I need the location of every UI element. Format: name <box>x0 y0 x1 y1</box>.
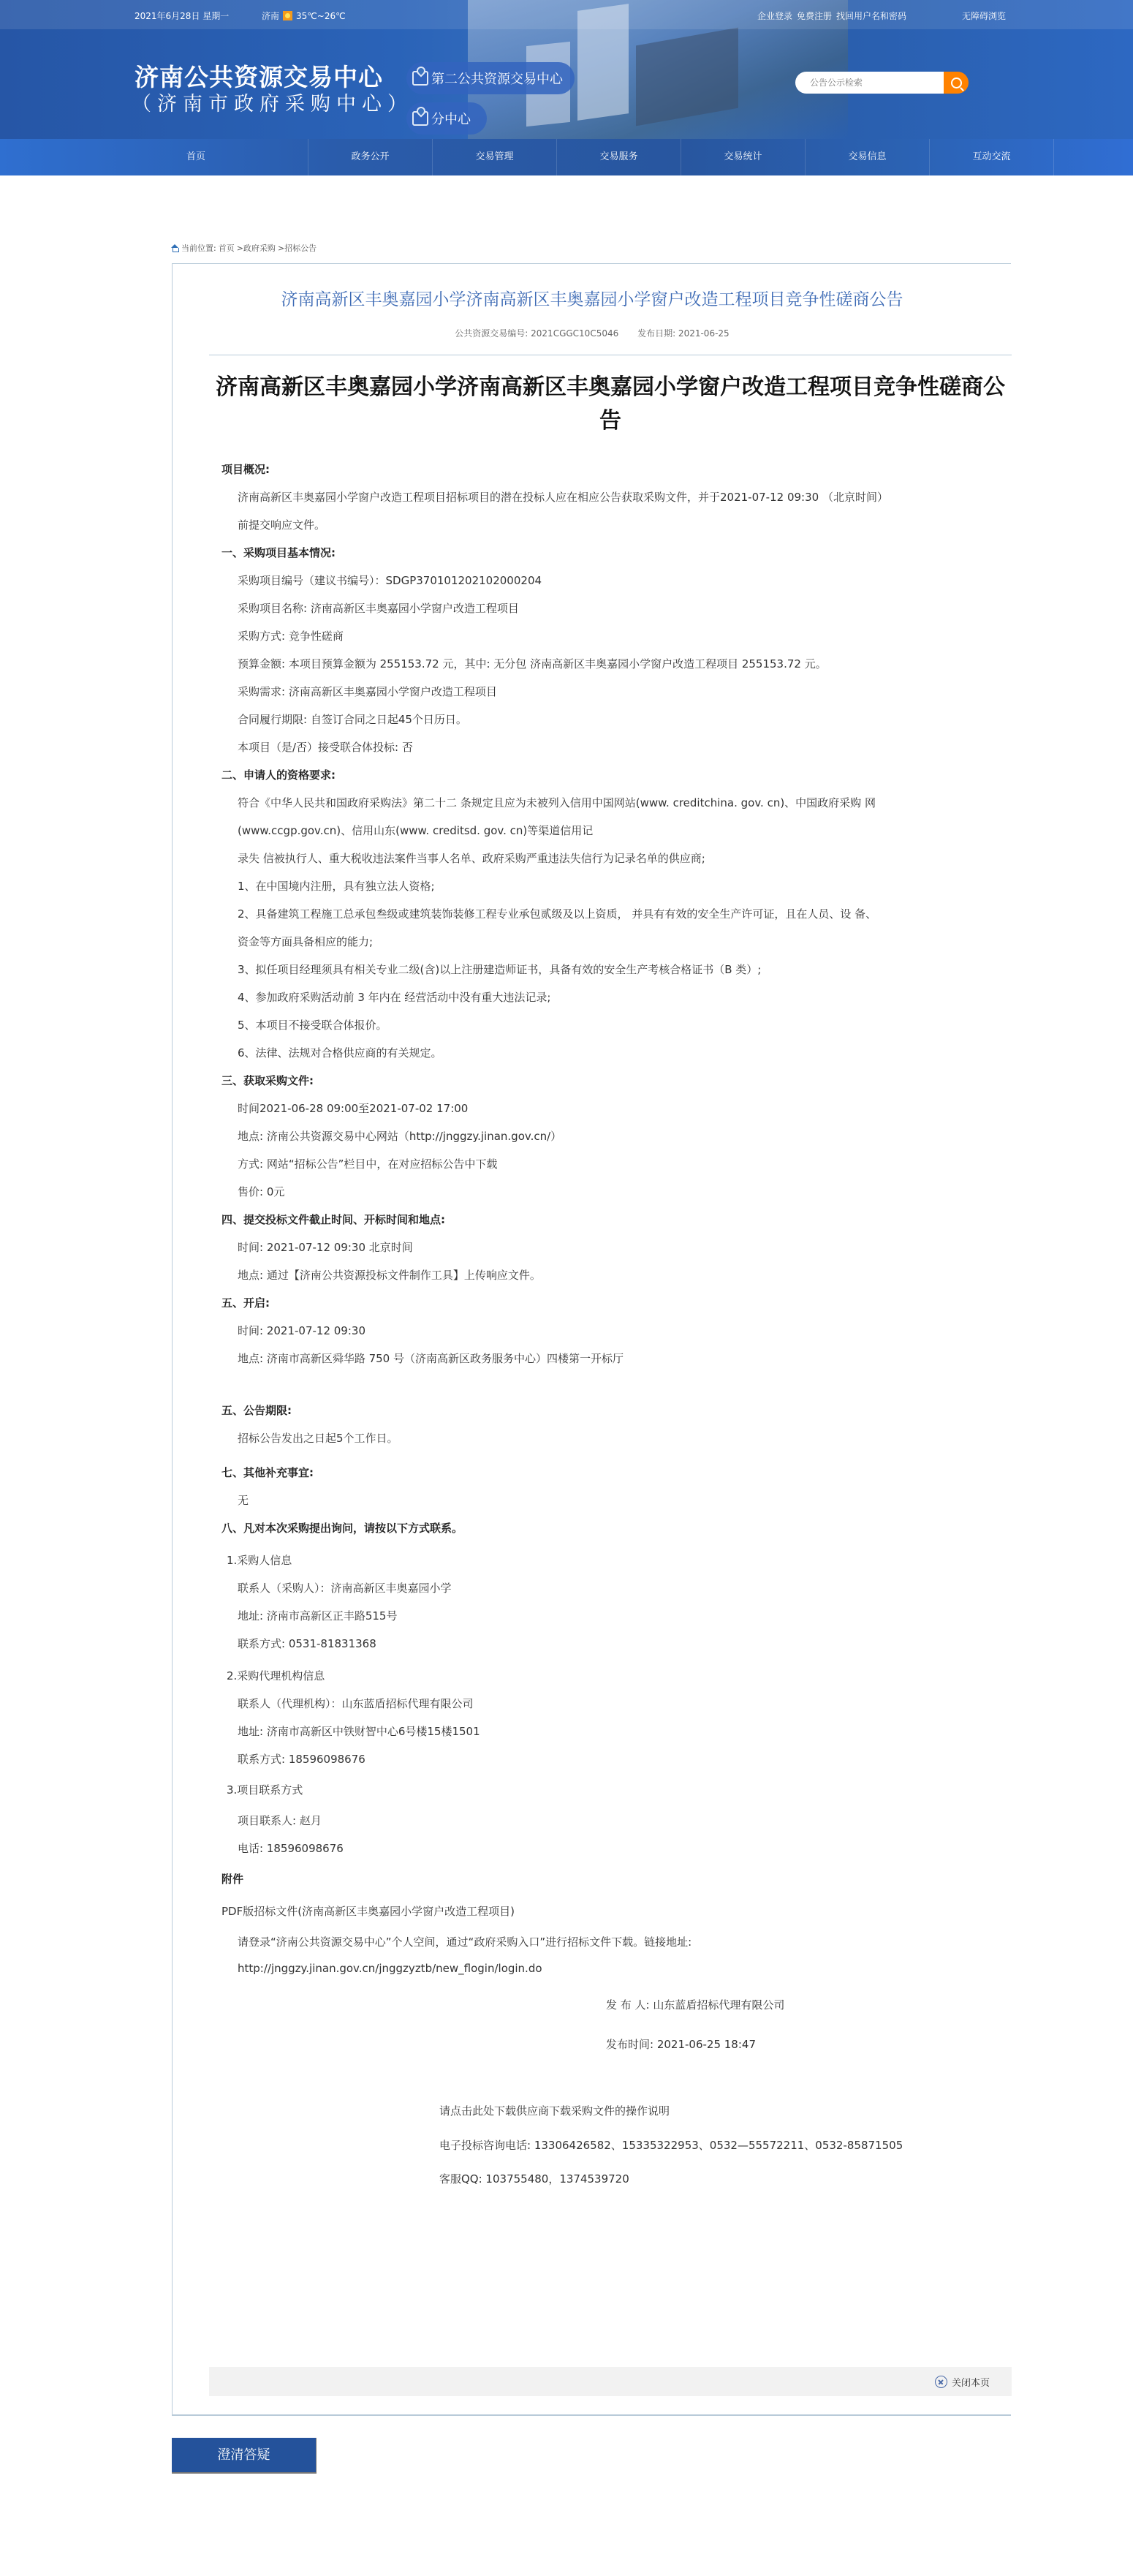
paragraph-line: 本项目（是/否）接受联合体投标: 否 <box>238 739 413 755</box>
paragraph-line: 时间: 2021-07-12 09:30 北京时间 <box>238 1239 413 1255</box>
paragraph-line: 符合《中华人民共和国政府采购法》第二十二 条规定且应为未被列入信用中国网站(ww… <box>238 795 876 810</box>
paragraph-line: 1、在中国境内注册，具有独立法人资格; <box>238 878 435 894</box>
section-heading: 附件 <box>221 1871 243 1886</box>
paragraph-line: 地点: 济南市高新区舜华路 750 号（济南高新区政务服务中心）四楼第一开标厅 <box>238 1351 624 1366</box>
second-center-label: 第二公共资源交易中心 <box>431 69 563 88</box>
paragraph-line: 地址: 济南市高新区中铁财智中心6号楼15楼1501 <box>238 1723 480 1739</box>
nav-item-government-affairs[interactable]: 政务公开 <box>308 139 433 175</box>
nav-item-trade-management[interactable]: 交易管理 <box>433 139 557 175</box>
sub-center-link[interactable]: 分中心 <box>406 102 487 135</box>
search-icon <box>951 78 962 88</box>
search-button[interactable] <box>944 72 969 94</box>
paragraph-line: 5、本项目不接受联合体报价。 <box>238 1017 387 1032</box>
paragraph-line: 地址: 济南市高新区正丰路515号 <box>238 1608 397 1623</box>
breadcrumb: 当前位置: 首页 >政府采购 >招标公告 <box>171 242 317 254</box>
section-heading: 二、申请人的资格要求: <box>221 767 336 782</box>
paragraph-line: 联系人（代理机构）：山东蓝盾招标代理有限公司 <box>238 1696 474 1711</box>
city-name: 济南 <box>262 10 279 22</box>
paragraph-line: 4、参加政府采购活动前 3 年内在 经营活动中没有重大违法记录; <box>238 989 550 1005</box>
paragraph-line: 无 <box>238 1492 249 1508</box>
section-heading: 五、开启: <box>221 1295 270 1310</box>
paragraph-line: 电话: 18596098676 <box>238 1840 344 1856</box>
paragraph-line[interactable]: http://jnggzy.jinan.gov.cn/jnggzyztb/new… <box>238 1962 542 1975</box>
breadcrumb-label: 当前位置: <box>181 242 216 254</box>
paragraph-line: 客服QQ: 103755480，1374539720 <box>439 2171 629 2186</box>
paragraph-line: 发 布 人: 山东蓝盾招标代理有限公司 <box>606 1997 784 2012</box>
paragraph-line: 电子投标咨询电话: 13306426582、15335322953、0532—5… <box>439 2137 903 2153</box>
site-logo-subtitle: （济南市政府采购中心） <box>132 88 413 116</box>
login-link[interactable]: 企业登录 <box>757 10 792 22</box>
search-input[interactable] <box>795 72 944 94</box>
nav-item-interaction[interactable]: 互动交流 <box>930 139 1054 175</box>
paragraph-line: 联系方式: 0531-81831368 <box>238 1636 376 1651</box>
paragraph-line: 招标公告发出之日起5个工作日。 <box>238 1430 398 1446</box>
trade-code: 公共资源交易编号: 2021CGGC10C5046 <box>455 328 618 339</box>
map-icon <box>412 71 428 86</box>
paragraph-line: 3、拟任项目经理须具有相关专业二级(含)以上注册建造师证书，具备有效的安全生产考… <box>238 962 761 977</box>
close-page-label: 关闭本页 <box>952 2375 990 2389</box>
clarification-qa-button[interactable]: 澄清答疑 <box>172 2438 317 2474</box>
paragraph-line: 联系方式: 18596098676 <box>238 1751 365 1767</box>
home-icon <box>171 244 179 252</box>
second-center-link[interactable]: 第二公共资源交易中心 <box>406 62 575 94</box>
paragraph-line: 录失 信被执行人、重大税收违法案件当事人名单、政府采购严重违法失信行为记录名单的… <box>238 850 705 866</box>
close-page-button[interactable]: 关闭本页 <box>935 2375 990 2389</box>
close-icon <box>935 2376 947 2388</box>
top-bar: 2021年6月28日 星期一 济南 35℃~26℃ 企业登录 免费注册 找回用户… <box>0 0 1133 29</box>
paragraph-line: 联系人（采购人）：济南高新区丰奥嘉园小学 <box>238 1580 452 1595</box>
weather: 济南 35℃~26℃ <box>262 10 346 22</box>
paragraph-line: 1.采购人信息 <box>227 1552 292 1568</box>
close-bar: 关闭本页 <box>209 2367 1012 2396</box>
paragraph-line: 时间: 2021-07-12 09:30 <box>238 1323 365 1338</box>
breadcrumb-procurement[interactable]: >政府采购 <box>237 242 276 254</box>
paragraph-line: 前提交响应文件。 <box>238 517 325 532</box>
site-header: 2021年6月28日 星期一 济南 35℃~26℃ 企业登录 免费注册 找回用户… <box>0 0 1133 175</box>
account-links: 企业登录 免费注册 找回用户名和密码 <box>757 10 906 22</box>
nav-item-trade-service[interactable]: 交易服务 <box>557 139 681 175</box>
paragraph-line: 地点: 通过【济南公共资源投标文件制作工具】上传响应文件。 <box>238 1267 541 1283</box>
paragraph-line: 采购项目名称: 济南高新区丰奥嘉园小学窗户改造工程项目 <box>238 600 519 616</box>
section-heading: 八、凡对本次采购提出询问，请按以下方式联系。 <box>221 1520 463 1536</box>
paragraph-line: 资金等方面具备相应的能力; <box>238 934 373 949</box>
map-icon <box>412 111 428 126</box>
paragraph-line: 时间2021-06-28 09:00至2021-07-02 17:00 <box>238 1100 468 1116</box>
recover-password-link[interactable]: 找回用户名和密码 <box>836 10 906 22</box>
sub-center-label: 分中心 <box>431 109 471 128</box>
sun-icon <box>283 11 292 20</box>
paragraph-line: 2、具备建筑工程施工总承包叁级或建筑装饰装修工程专业承包贰级及以上资质， 并具有… <box>238 906 876 921</box>
paragraph-line: 合同履行期限: 自签订合同之日起45个日历日。 <box>238 711 467 727</box>
article-title: 济南高新区丰奥嘉园小学济南高新区丰奥嘉园小学窗户改造工程项目竞争性磋商公告 <box>173 286 1012 310</box>
temperature: 35℃~26℃ <box>296 11 346 21</box>
paragraph-line[interactable]: 请点击此处下载供应商下载采购文件的操作说明 <box>439 2103 670 2118</box>
search-box <box>795 72 1009 94</box>
current-date: 2021年6月28日 星期一 <box>134 10 229 22</box>
paragraph-line: 采购方式: 竞争性磋商 <box>238 628 344 643</box>
paragraph-line: 6、法律、法规对合格供应商的有关规定。 <box>238 1045 442 1060</box>
article-heading: 济南高新区丰奥嘉园小学济南高新区丰奥嘉园小学窗户改造工程项目竞争性磋商公告 <box>209 371 1012 438</box>
accessibility-link[interactable]: 无障碍浏览 <box>962 10 1006 22</box>
article-container: 济南高新区丰奥嘉园小学济南高新区丰奥嘉园小学窗户改造工程项目竞争性磋商公告 公共… <box>172 263 1011 2416</box>
section-heading: 四、提交投标文件截止时间、开标时间和地点: <box>221 1212 445 1227</box>
publish-date: 发布日期: 2021-06-25 <box>637 328 730 339</box>
section-heading: 三、获取采购文件: <box>221 1073 314 1088</box>
paragraph-line: 发布时间: 2021-06-25 18:47 <box>606 2036 756 2052</box>
article-meta: 公共资源交易编号: 2021CGGC10C5046 发布日期: 2021-06-… <box>173 327 1012 339</box>
section-heading: 项目概况: <box>221 461 270 477</box>
section-heading: 一、采购项目基本情况: <box>221 545 336 560</box>
paragraph-line: 方式: 网站“招标公告”栏目中，在对应招标公告中下载 <box>238 1156 497 1171</box>
section-heading: 七、其他补充事宜: <box>221 1465 314 1480</box>
paragraph-line: 2.采购代理机构信息 <box>227 1668 325 1683</box>
paragraph-line: (www.ccgp.gov.cn)、信用山东(www. creditsd. go… <box>238 823 593 838</box>
paragraph-line: 3.项目联系方式 <box>227 1782 303 1797</box>
paragraph-line: 采购需求: 济南高新区丰奥嘉园小学窗户改造工程项目 <box>238 684 497 699</box>
paragraph-line: 售价: 0元 <box>238 1184 284 1199</box>
paragraph-line: 预算金额: 本项目预算金额为 255153.72 元，其中: 无分包 济南高新区… <box>238 656 827 671</box>
breadcrumb-home[interactable]: 首页 <box>219 242 235 254</box>
register-link[interactable]: 免费注册 <box>797 10 832 22</box>
paragraph-line: 采购项目编号（建议书编号）：SDGP370101202102000204 <box>238 573 542 588</box>
nav-item-trade-info[interactable]: 交易信息 <box>806 139 930 175</box>
divider <box>209 355 1012 355</box>
section-heading: 五、公告期限: <box>221 1402 292 1418</box>
paragraph-line: 项目联系人: 赵月 <box>238 1813 322 1828</box>
nav-item-trade-statistics[interactable]: 交易统计 <box>681 139 806 175</box>
paragraph-line: 济南高新区丰奥嘉园小学窗户改造工程项目招标项目的潜在投标人应在相应公告获取采购文… <box>238 489 888 505</box>
paragraph-line: 请登录“济南公共资源交易中心”个人空间，通过“政府采购入口”进行招标文件下载。链… <box>238 1934 691 1949</box>
paragraph-line: PDF版招标文件(济南高新区丰奥嘉园小学窗户改造工程项目) <box>221 1903 515 1919</box>
paragraph-line: 地点: 济南公共资源交易中心网站（http://jnggzy.jinan.gov… <box>238 1128 561 1144</box>
main-nav: 首页 政务公开 交易管理 交易服务 交易统计 交易信息 互动交流 <box>0 139 1133 175</box>
nav-item-home[interactable]: 首页 <box>135 139 308 175</box>
breadcrumb-tender-notice[interactable]: >招标公告 <box>278 242 317 254</box>
